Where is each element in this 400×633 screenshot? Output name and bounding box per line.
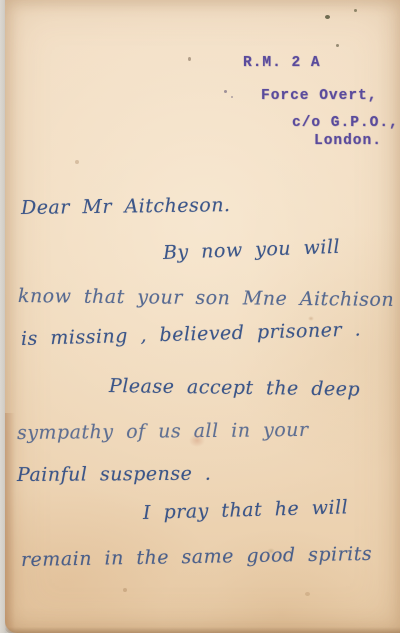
paper-speck <box>75 160 79 164</box>
handwritten-line: is missing , believed prisoner . <box>21 319 362 350</box>
typed-header-line: Force Overt, <box>261 88 377 104</box>
ink-dot <box>224 90 227 93</box>
handwritten-line: Please accept the deep <box>109 375 360 401</box>
handwritten-line: I pray that he will <box>143 496 349 524</box>
handwritten-line: remain in the same good spirits <box>21 543 373 571</box>
handwritten-line: know that your son Mne Aitchison <box>18 285 394 311</box>
paper-speck <box>123 588 127 592</box>
handwritten-line: sympathy of us all in your <box>17 419 309 444</box>
paper-speck <box>325 15 330 19</box>
handwritten-line: By now you will <box>163 236 341 264</box>
paper-speck <box>305 592 310 596</box>
typed-header-line: R.M. 2 A <box>243 55 321 71</box>
paper-speck <box>354 9 357 12</box>
letter-paper: R.M. 2 AForce Overt,c/o G.P.O.,London. D… <box>5 0 400 633</box>
ink-dot <box>231 96 233 98</box>
paper-speck <box>336 44 339 47</box>
handwritten-line: Painful suspense . <box>17 463 212 486</box>
handwritten-line: Dear Mr Aitcheson. <box>21 194 231 219</box>
typed-header-line: London. <box>314 133 382 149</box>
paper-speck <box>188 57 191 61</box>
letter-scan: R.M. 2 AForce Overt,c/o G.P.O.,London. D… <box>0 0 400 633</box>
typed-header-line: c/o G.P.O., <box>292 115 399 131</box>
